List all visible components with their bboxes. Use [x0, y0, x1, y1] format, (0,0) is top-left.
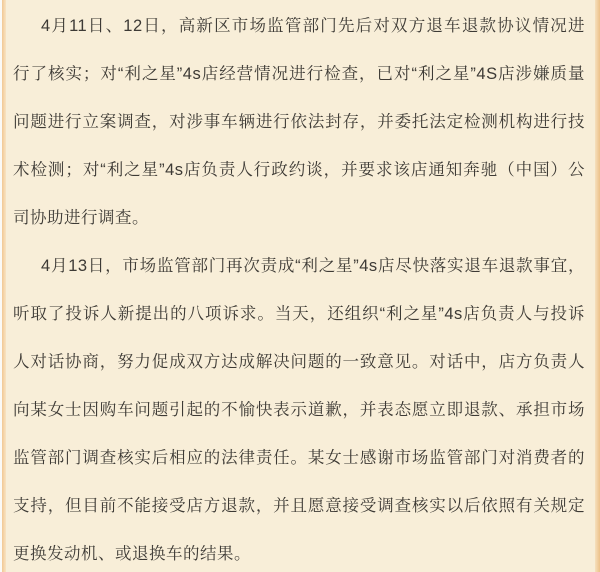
- text-line: 4月11日、12日，高新区市场监管部门先后对双方退车退款协议情况进: [13, 2, 585, 50]
- text-line: 更换发动机、或退换车的结果。: [13, 530, 585, 572]
- article-page: 4月11日、12日，高新区市场监管部门先后对双方退车退款协议情况进 行了核实；对…: [0, 0, 600, 572]
- text-line: 人对话协商，努力促成双方达成解决问题的一致意见。对话中，店方负责人: [13, 338, 585, 386]
- text-line: 行了核实；对“利之星”4s店经营情况进行检查，已对“利之星”4S店涉嫌质量: [13, 50, 585, 98]
- text-line: 支持，但目前不能接受店方退款，并且愿意接受调查核实以后依照有关规定: [13, 482, 585, 530]
- text-line: 向某女士因购车问题引起的不愉快表示道歉，并表态愿立即退款、承担市场: [13, 386, 585, 434]
- page-left-edge-strip: [2, 0, 6, 572]
- text-line: 听取了投诉人新提出的八项诉求。当天，还组织“利之星”4s店负责人与投诉: [13, 290, 585, 338]
- text-line: 4月13日，市场监管部门再次责成“利之星”4s店尽快落实退车退款事宜，: [13, 242, 585, 290]
- text-line: 司协助进行调查。: [13, 194, 585, 242]
- text-line: 术检测；对“利之星”4s店负责人行政约谈，并要求该店通知奔驰（中国）公: [13, 146, 585, 194]
- article-text-block: 4月11日、12日，高新区市场监管部门先后对双方退车退款协议情况进 行了核实；对…: [13, 2, 585, 572]
- text-line: 问题进行立案调查，对涉事车辆进行依法封存，并委托法定检测机构进行技: [13, 98, 585, 146]
- page-right-edge-strip: [595, 0, 600, 572]
- text-line: 监管部门调查核实后相应的法律责任。某女士感谢市场监管部门对消费者的: [13, 434, 585, 482]
